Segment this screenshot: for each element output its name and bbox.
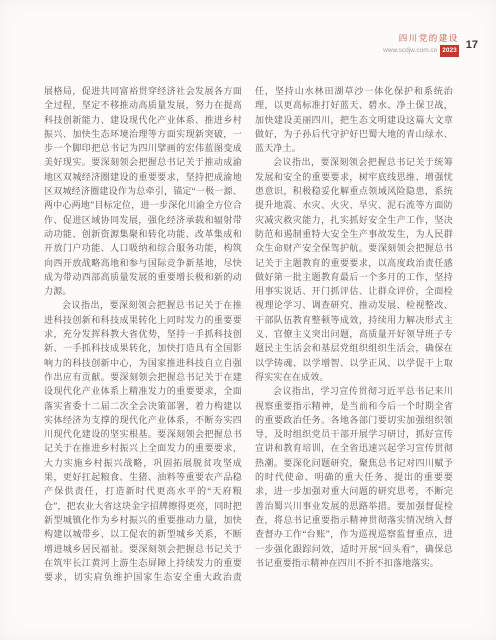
year-badge: 2023	[440, 45, 458, 57]
page-number: 17	[466, 39, 478, 51]
article-paragraph-4: 会议指出，学习宣传贯彻习近平总书记来川视察重要指示精神，是当前和今后一个时期全省…	[255, 384, 453, 570]
header-subline: www.scdjw.com.cn 2023	[383, 45, 459, 57]
article-body: 展格局，促进共同富裕贯穿经济社会发展各方面全过程，坚定不移推动高质量发展，努力在…	[44, 84, 453, 590]
magazine-title: 四川党的建设	[383, 33, 459, 44]
article-paragraph-1: 展格局，促进共同富裕贯穿经济社会发展各方面全过程，坚定不移推动高质量发展，努力在…	[44, 84, 242, 298]
page-header: 四川党的建设 www.scdjw.com.cn 2023 17	[383, 33, 478, 57]
magazine-page: 四川党的建设 www.scdjw.com.cn 2023 17 展格局，促进共同…	[0, 0, 496, 640]
article-paragraph-3: 会议指出，要深刻领会把握总书记关于统筹发展和安全的重要要求，树牢底线思维、增强忧…	[255, 155, 453, 384]
magazine-website: www.scdjw.com.cn	[383, 46, 437, 56]
header-text-block: 四川党的建设 www.scdjw.com.cn 2023	[383, 33, 459, 57]
